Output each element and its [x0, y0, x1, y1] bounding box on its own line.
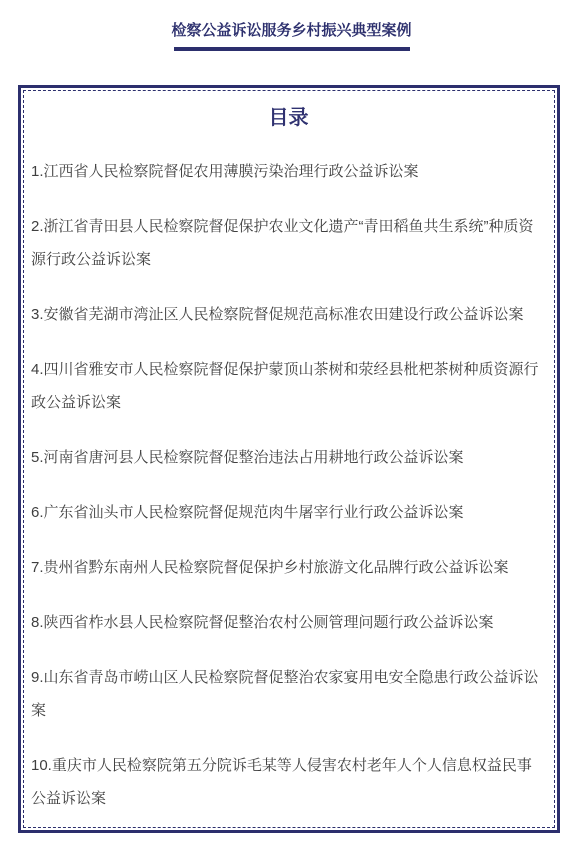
toc-item: 10.重庆市人民检察院第五分院诉毛某等人侵害农村老年人个人信息权益民事公益诉讼案 [31, 749, 546, 815]
toc-item: 5.河南省唐河县人民检察院督促整治违法占用耕地行政公益诉讼案 [31, 441, 546, 474]
toc-item: 1.江西省人民检察院督促农用薄膜污染治理行政公益诉讼案 [31, 155, 546, 188]
toc-heading: 目录 [31, 103, 546, 133]
toc-box: 目录 1.江西省人民检察院督促农用薄膜污染治理行政公益诉讼案2.浙江省青田县人民… [18, 85, 560, 833]
toc-item: 2.浙江省青田县人民检察院督促保护农业文化遗产“青田稻鱼共生系统”种质资源行政公… [31, 210, 546, 276]
toc-item: 7.贵州省黔东南州人民检察院督促保护乡村旅游文化品牌行政公益诉讼案 [31, 551, 546, 584]
title-double-rule [174, 47, 410, 51]
page-header: 检察公益诉讼服务乡村振兴典型案例 [0, 0, 583, 51]
toc-item: 9.山东省青岛市崂山区人民检察院督促整治农家宴用电安全隐患行政公益诉讼案 [31, 661, 546, 727]
toc-item: 4.四川省雅安市人民检察院督促保护蒙顶山茶树和荥经县枇杷茶树种质资源行政公益诉讼… [31, 353, 546, 419]
toc-item: 6.广东省汕头市人民检察院督促规范肉牛屠宰行业行政公益诉讼案 [31, 496, 546, 529]
toc-item: 3.安徽省芜湖市湾沚区人民检察院督促规范高标准农田建设行政公益诉讼案 [31, 298, 546, 331]
page-title: 检察公益诉讼服务乡村振兴典型案例 [0, 19, 583, 42]
toc-item: 8.陕西省柞水县人民检察院督促整治农村公厕管理问题行政公益诉讼案 [31, 606, 546, 639]
toc-box-inner: 目录 1.江西省人民检察院督促农用薄膜污染治理行政公益诉讼案2.浙江省青田县人民… [23, 90, 555, 828]
toc-list: 1.江西省人民检察院督促农用薄膜污染治理行政公益诉讼案2.浙江省青田县人民检察院… [31, 155, 546, 815]
